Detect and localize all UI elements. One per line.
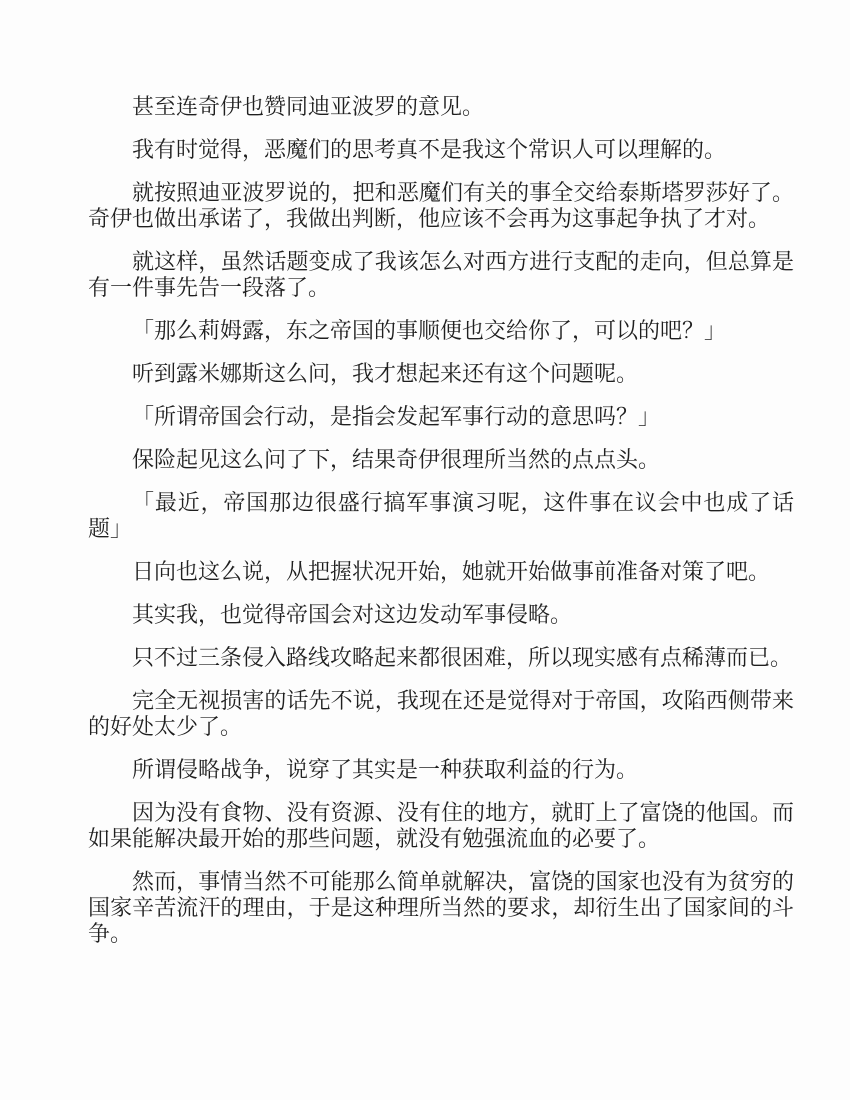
paragraph: 所谓侵略战争，说穿了其实是一种获取利益的行为。 (88, 757, 794, 783)
text-content: 甚至连奇伊也赞同迪亚波罗的意见。 我有时觉得，恶魔们的思考真不是我这个常识人可以… (88, 94, 794, 947)
paragraph-dialogue: 「最近，帝国那边很盛行搞军事演习呢，这件事在议会中也成了话题」 (88, 490, 794, 542)
paragraph: 日向也这么说，从把握状况开始，她就开始做事前准备对策了吧。 (88, 559, 794, 585)
paragraph: 保险起见这么问了下，结果奇伊很理所当然的点点头。 (88, 447, 794, 473)
paragraph: 完全无视损害的话先不说，我现在还是觉得对于帝国，攻陷西侧带来的好处太少了。 (88, 688, 794, 740)
paragraph-dialogue: 「那么莉姆露，东之帝国的事顺便也交给你了，可以的吧？」 (88, 318, 794, 344)
paragraph: 然而，事情当然不可能那么简单就解决，富饶的国家也没有为贫穷的国家辛苦流汗的理由，… (88, 869, 794, 947)
paragraph: 就按照迪亚波罗说的，把和恶魔们有关的事全交给泰斯塔罗莎好了。奇伊也做出承诺了，我… (88, 180, 794, 232)
paragraph: 就这样，虽然话题变成了我该怎么对西方进行支配的走向，但总算是有一件事先告一段落了… (88, 249, 794, 301)
paragraph: 甚至连奇伊也赞同迪亚波罗的意见。 (88, 94, 794, 120)
paragraph-dialogue: 「所谓帝国会行动，是指会发起军事行动的意思吗？」 (88, 404, 794, 430)
paragraph: 我有时觉得，恶魔们的思考真不是我这个常识人可以理解的。 (88, 137, 794, 163)
paragraph: 听到露米娜斯这么问，我才想起来还有这个问题呢。 (88, 361, 794, 387)
paragraph: 只不过三条侵入路线攻略起来都很困难，所以现实感有点稀薄而已。 (88, 645, 794, 671)
paragraph: 因为没有食物、没有资源、没有住的地方，就盯上了富饶的他国。而如果能解决最开始的那… (88, 800, 794, 852)
novel-reader-page: 甚至连奇伊也赞同迪亚波罗的意见。 我有时觉得，恶魔们的思考真不是我这个常识人可以… (0, 0, 850, 1100)
paragraph: 其实我，也觉得帝国会对这边发动军事侵略。 (88, 602, 794, 628)
